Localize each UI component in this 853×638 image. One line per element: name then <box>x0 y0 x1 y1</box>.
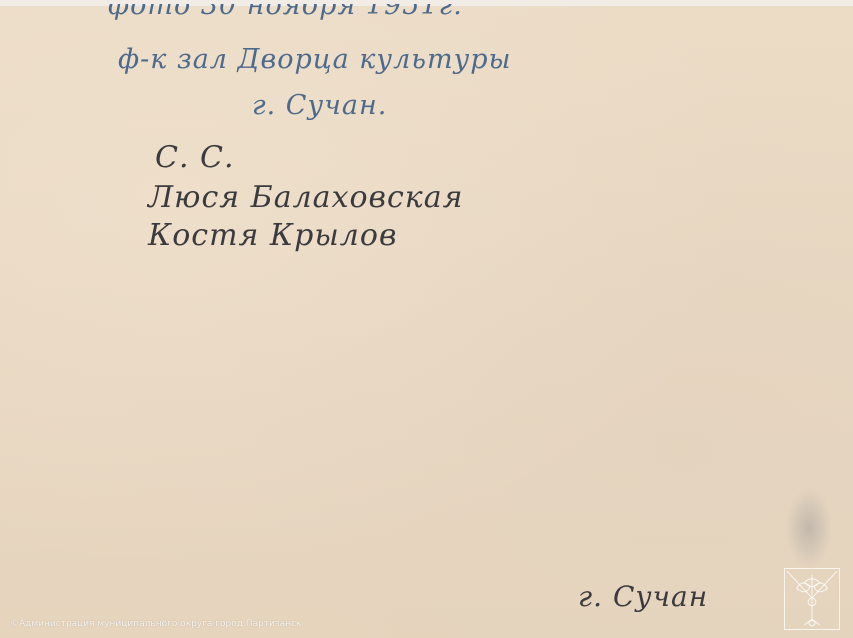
photo-back-paper <box>0 0 853 638</box>
copyright-watermark: ©Администрация муниципального округа гор… <box>10 619 301 629</box>
ink-stain <box>786 488 832 568</box>
inscription-city: г. Сучан. <box>252 90 387 121</box>
inscription-name-2: Костя Крылов <box>148 218 397 253</box>
inscription-initials: С. С. <box>155 140 235 175</box>
inscription-name-1: Люся Балаховская <box>148 180 463 215</box>
coat-of-arms-icon <box>784 568 840 630</box>
inscription-bottom-city: г. Сучан <box>578 580 708 613</box>
inscription-place: ф-к зал Дворца культуры <box>118 44 512 75</box>
